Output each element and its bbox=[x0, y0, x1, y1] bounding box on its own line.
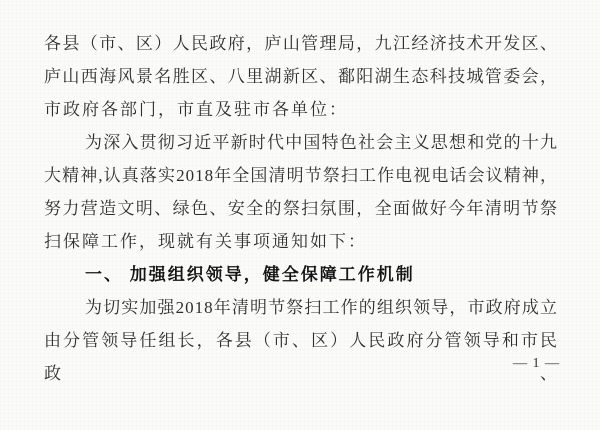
body-line: 大精神,认真落实2018年全国清明节祭扫工作电视电话会议精神， bbox=[44, 159, 558, 192]
document-body: 各县（市、区）人民政府，庐山管理局，九江经济技术开发区、 庐山西海风景名胜区、八… bbox=[44, 27, 558, 357]
recipient-line: 市政府各部门，市直及驻市各单位： bbox=[44, 93, 558, 126]
body-line: 扫保障工作，现就有关事项通知如下： bbox=[44, 225, 558, 258]
page-number: — 1 — bbox=[513, 356, 560, 372]
body-line: 为深入贯彻习近平新时代中国特色社会主义思想和党的十九 bbox=[44, 126, 558, 159]
body-line: 由分管领导任组长，各县（市、区）人民政府分管领导和市民政、 bbox=[44, 324, 558, 357]
recipient-line: 各县（市、区）人民政府，庐山管理局，九江经济技术开发区、 bbox=[44, 27, 558, 60]
recipient-line: 庐山西海风景名胜区、八里湖新区、鄱阳湖生态科技城管委会， bbox=[44, 60, 558, 93]
body-line: 努力营造文明、绿色、安全的祭扫氛围，全面做好今年清明节祭 bbox=[44, 192, 558, 225]
body-line: 为切实加强2018年清明节祭扫工作的组织领导，市政府成立 bbox=[44, 291, 558, 324]
section-heading: 一、 加强组织领导，健全保障工作机制 bbox=[44, 258, 558, 291]
document-page: 各县（市、区）人民政府，庐山管理局，九江经济技术开发区、 庐山西海风景名胜区、八… bbox=[0, 0, 600, 430]
